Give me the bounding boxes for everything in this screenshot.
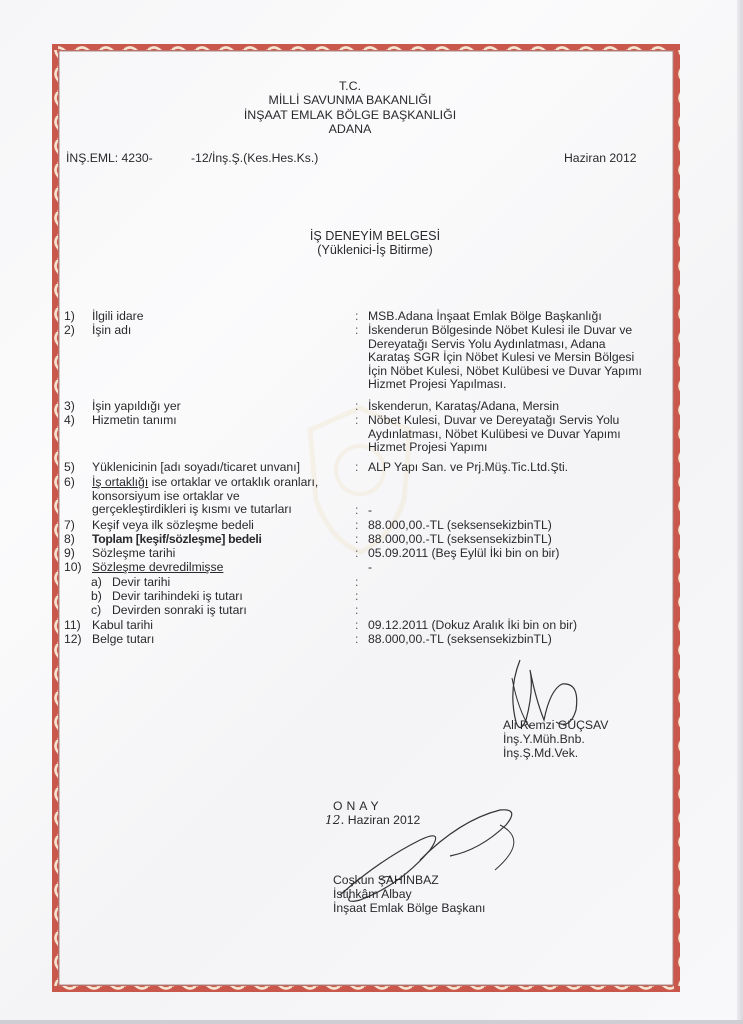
document-content: T.C. MİLLİ SAVUNMA BAKANLIĞI İNŞAAT EMLA… bbox=[0, 0, 743, 1024]
item-colon: : bbox=[355, 414, 361, 428]
item-colon: : bbox=[355, 619, 361, 633]
item-colon: : bbox=[355, 547, 361, 561]
item-label: İlgili idare bbox=[92, 310, 382, 324]
item-number: 4) bbox=[64, 414, 84, 428]
label-line3: gerçekleştirdikleri iş kısmı ve tutarlar… bbox=[92, 503, 382, 517]
item-number: 12) bbox=[64, 633, 84, 647]
signatory-name: Ali Remzi GÜÇSAV bbox=[503, 718, 608, 732]
item-value: 88.000,00.-TL (seksensekizbinTL) bbox=[368, 533, 678, 547]
value-line: Karataş SGR İçin Nöbet Kulesi ve Mersin … bbox=[368, 351, 678, 365]
item-number: 6) bbox=[64, 476, 84, 490]
label-line2: konsorsiyum ise ortaklar ve bbox=[92, 490, 382, 504]
item-number: 11) bbox=[64, 619, 84, 633]
item-colon: : bbox=[355, 324, 361, 338]
title-subtitle: (Yüklenici-İş Bitirme) bbox=[250, 243, 500, 257]
reference-number-right: -12/İnş.Ş.(Kes.Hes.Ks.) bbox=[191, 151, 318, 165]
signatory-title-2: İnş.Ş.Md.Vek. bbox=[503, 746, 608, 760]
item-value: 88.000,00.-TL (seksensekizbinTL) bbox=[368, 633, 678, 647]
value-line: Hizmet Projesi Yapımı bbox=[368, 441, 678, 455]
item-label: Yüklenicinin [adı soyadı/ticaret unvanı] bbox=[92, 461, 382, 475]
value-line: Dereyatağı Servis Yolu Aydınlatması, Ada… bbox=[368, 338, 678, 352]
header-directorate: İNŞAAT EMLAK BÖLGE BAŞKANLIĞI bbox=[200, 108, 500, 122]
item-value: MSB.Adana İnşaat Emlak Bölge Başkanlığı bbox=[368, 310, 678, 324]
approval-signatory: Coşkun ŞAHİNBAZ İstihkâm Albay İnşaat Em… bbox=[333, 873, 485, 915]
item-value: ALP Yapı San. ve Prj.Müş.Tic.Ltd.Şti. bbox=[368, 461, 678, 475]
item-colon: : bbox=[355, 633, 361, 647]
signatory-ali-remzi: Ali Remzi GÜÇSAV İnş.Y.Müh.Bnb. İnş.Ş.Md… bbox=[503, 718, 608, 760]
signatory-title-1: İnş.Y.Müh.Bnb. bbox=[503, 732, 608, 746]
item-label: İş ortaklığı ise ortaklar ve ortaklık or… bbox=[92, 476, 382, 517]
item-colon: : bbox=[355, 604, 361, 618]
label-rest: ise ortaklar ve ortaklık oranları, bbox=[148, 475, 318, 489]
item-value: İskenderun, Karataş/Adana, Mersin bbox=[368, 400, 678, 414]
item-label: Sözleşme devredilmişse bbox=[92, 561, 382, 575]
item-value: 09.12.2011 (Dokuz Aralık İki bin on bir) bbox=[368, 619, 678, 633]
reference-number-left: İNŞ.EML: 4230- bbox=[66, 151, 153, 165]
approval-rank: İstihkâm Albay bbox=[333, 887, 485, 901]
item-label: İşin yapıldığı yer bbox=[92, 400, 382, 414]
institution-header: T.C. MİLLİ SAVUNMA BAKANLIĞI İNŞAAT EMLA… bbox=[200, 79, 500, 136]
item-number: 8) bbox=[64, 533, 84, 547]
item-colon: : bbox=[355, 310, 361, 324]
item-number: 5) bbox=[64, 461, 84, 475]
item-label: Sözleşme tarihi bbox=[92, 547, 382, 561]
header-tc: T.C. bbox=[200, 79, 500, 93]
document-page: T.C. MİLLİ SAVUNMA BAKANLIĞI İNŞAAT EMLA… bbox=[0, 0, 743, 1024]
item-colon: : bbox=[355, 400, 361, 414]
value-line: İçin Nöbet Kulesi, Nöbet Kulübesi ve Duv… bbox=[368, 365, 678, 379]
title-main: İŞ DENEYİM BELGESİ bbox=[250, 229, 500, 243]
reference-date: Haziran 2012 bbox=[564, 151, 637, 165]
item-number: 3) bbox=[64, 400, 84, 414]
item-value: - bbox=[368, 561, 678, 575]
item-label: Kabul tarihi bbox=[92, 619, 382, 633]
item-label: Keşif veya ilk sözleşme bedeli bbox=[92, 519, 382, 533]
item-label: Hizmetin tanımı bbox=[92, 414, 382, 428]
item-number: 9) bbox=[64, 547, 84, 561]
item-colon: : bbox=[355, 590, 361, 604]
item-letter: a) bbox=[91, 576, 111, 590]
item-colon: : bbox=[355, 504, 361, 518]
approval-position: İnşaat Emlak Bölge Başkanı bbox=[333, 901, 485, 915]
value-line: Nöbet Kulesi, Duvar ve Dereyatağı Servis… bbox=[368, 414, 678, 428]
item-value: 88.000,00.-TL (seksensekizbinTL) bbox=[368, 519, 678, 533]
item-number: 7) bbox=[64, 519, 84, 533]
item-number: 10) bbox=[64, 561, 84, 575]
item-number: 2) bbox=[64, 324, 84, 338]
header-ministry: MİLLİ SAVUNMA BAKANLIĞI bbox=[200, 93, 500, 107]
label-underlined: İş ortaklığı bbox=[92, 475, 148, 489]
item-letter: c) bbox=[91, 604, 111, 618]
value-line: Aydınlatması, Nöbet Kulübesi ve Duvar Ya… bbox=[368, 428, 678, 442]
item-label: İşin adı bbox=[92, 324, 382, 338]
header-city: ADANA bbox=[200, 122, 500, 136]
item-letter: b) bbox=[91, 590, 111, 604]
item-number: 1) bbox=[64, 310, 84, 324]
document-title: İŞ DENEYİM BELGESİ (Yüklenici-İş Bitirme… bbox=[250, 229, 500, 258]
item-colon: : bbox=[355, 519, 361, 533]
item-value: - bbox=[368, 504, 678, 518]
item-colon: : bbox=[355, 576, 361, 590]
item-value: İskenderun Bölgesinde Nöbet Kulesi ile D… bbox=[368, 324, 678, 392]
approval-name: Coşkun ŞAHİNBAZ bbox=[333, 873, 485, 887]
item-colon: : bbox=[355, 533, 361, 547]
item-label: Toplam [keşif/sözleşme] bedeli bbox=[92, 533, 382, 547]
value-line: İskenderun Bölgesinde Nöbet Kulesi ile D… bbox=[368, 324, 678, 338]
item-label: Belge tutarı bbox=[92, 633, 382, 647]
item-colon: : bbox=[355, 461, 361, 475]
item-value: 05.09.2011 (Beş Eylül İki bin on bir) bbox=[368, 547, 678, 561]
value-line: Hizmet Projesi Yapılması. bbox=[368, 378, 678, 392]
item-value: Nöbet Kulesi, Duvar ve Dereyatağı Servis… bbox=[368, 414, 678, 455]
